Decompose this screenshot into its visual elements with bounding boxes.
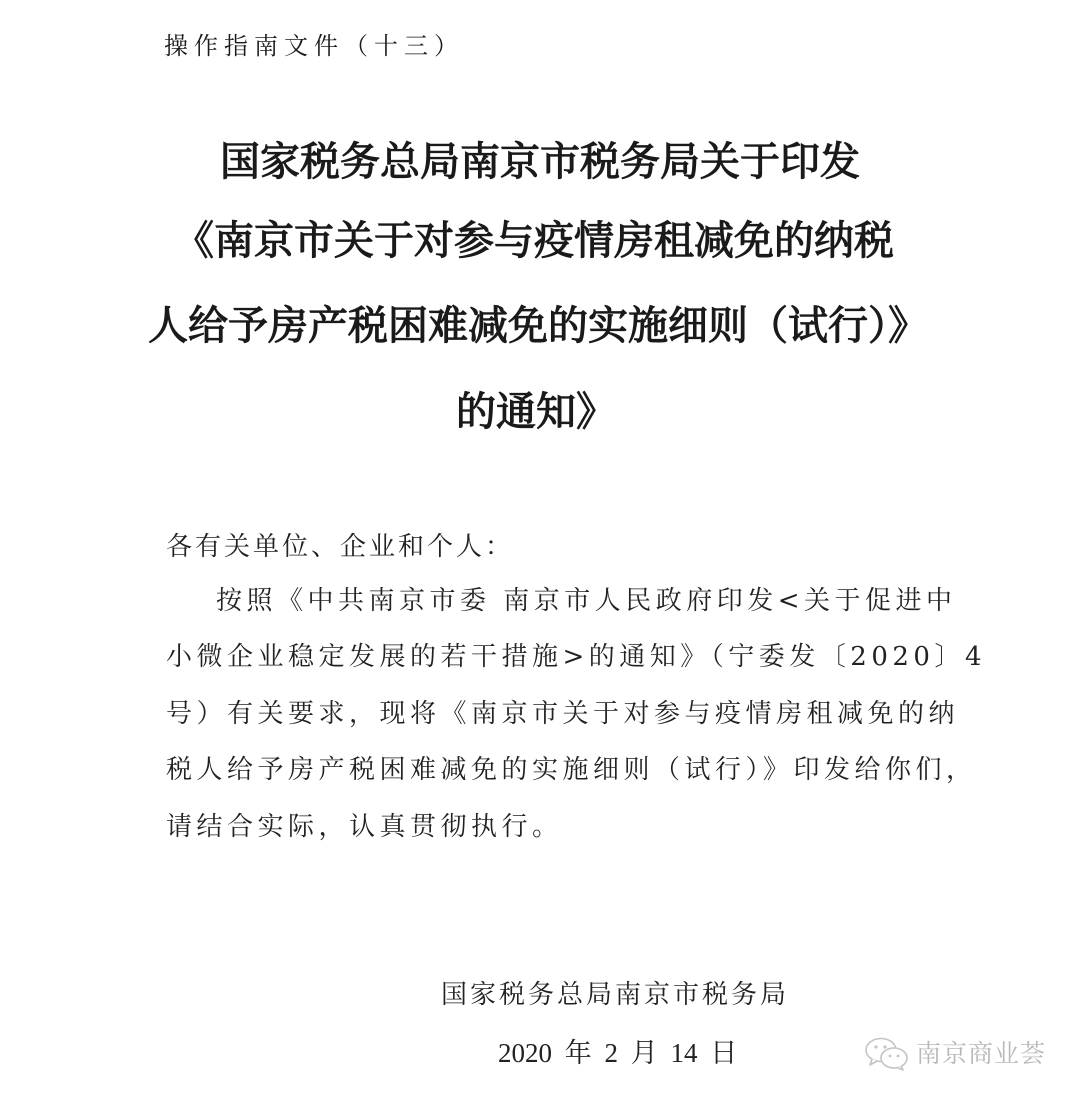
watermark: 南京商业荟 — [864, 1036, 1046, 1072]
body-line-2: 小微企业稳定发展的若干措施>的通知》（宁委发〔2020〕4 — [166, 640, 986, 674]
watermark-text: 南京商业荟 — [916, 1037, 1046, 1071]
series-label: 操作指南文件（十三） — [164, 30, 464, 62]
body-line-4: 税人给予房产税困难减免的实施细则（试行）》印发给你们， — [166, 753, 977, 787]
document-title-line-2: 《南京市关于对参与疫情房租减免的纳税 — [0, 216, 1074, 266]
issue-date: 2020 年 2 月 14 日 — [498, 1036, 737, 1070]
body-line-5: 请结合实际，认真贯彻执行。 — [166, 810, 563, 844]
body-line-1: 按照《中共南京市委 南京市人民政府印发<关于促进中 — [216, 584, 957, 618]
document-title-line-4: 的通知》 — [0, 387, 1076, 437]
issuer-signature: 国家税务总局南京市税务局 — [441, 978, 789, 1012]
document-title-line-1: 国家税务总局南京市税务局关于印发 — [0, 137, 1080, 187]
document-title-line-3: 人给予房产税困难减免的实施细则（试行）》 — [0, 301, 1078, 351]
wechat-icon — [864, 1037, 910, 1071]
document-page: 操作指南文件（十三） 国家税务总局南京市税务局关于印发 《南京市关于对参与疫情房… — [0, 0, 1080, 1100]
salutation: 各有关单位、企业和个人： — [166, 530, 514, 564]
body-line-3: 号）有关要求，现将《南京市关于对参与疫情房租减免的纳 — [166, 697, 959, 731]
